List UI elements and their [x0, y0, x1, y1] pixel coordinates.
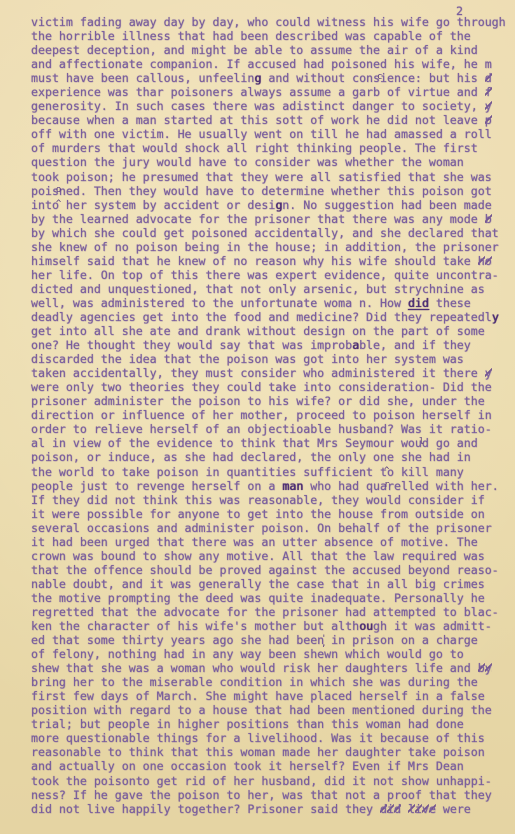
typewritten-text: it were possible for anyone to get into …: [31, 507, 485, 521]
typewritten-text: first few days of March. She might have …: [31, 689, 485, 703]
text-line: prisoner administer the poison to his wi…: [31, 394, 511, 408]
typewritten-text: pois: [31, 184, 59, 198]
typewritten-text: ness? If he gave the poison to her, was …: [31, 788, 492, 802]
typewritten-text: ken the character of his wife's mother b…: [31, 619, 324, 633]
text-line: first few days of March. She might have …: [31, 689, 511, 703]
text-line: poisoned. Then they would have to determ…: [31, 184, 511, 198]
text-line: by the learned advocate for the prisoner…: [31, 212, 511, 226]
struck-out-text: by: [478, 661, 492, 675]
typewritten-text: discarded the idea that the poison was g…: [31, 352, 464, 366]
typewritten-text: who had qua: [303, 479, 387, 493]
typewritten-text: regretted that the advocate for the pris…: [31, 605, 499, 619]
typewritten-text: gh it was admitt-: [373, 619, 492, 633]
text-line: well, was administered to the unfortunat…: [31, 296, 511, 310]
typewritten-text: o kill many: [387, 465, 464, 479]
typewritten-text: crown was bound to show any motive. All …: [31, 549, 485, 563]
text-line: experience was thar poisoners always ass…: [31, 85, 511, 99]
typewritten-text: were: [436, 802, 471, 816]
text-line: himself said that he knew of no reason w…: [31, 254, 511, 268]
typewritten-text: himself said that he knew of no reason w…: [31, 254, 478, 268]
text-line: it had been urged that there was an utte…: [31, 535, 511, 549]
typewritten-text: If they did not think this was reasonabl…: [31, 493, 485, 507]
struck-out-text: y: [485, 366, 492, 380]
typewritten-text: several occasions and administer poison.…: [31, 521, 492, 535]
text-line: more questionable things for a livelihoo…: [31, 731, 511, 745]
text-line: get into all she ate and drank without d…: [31, 324, 511, 338]
text-line: of murders that would shock all right th…: [31, 141, 511, 155]
typewritten-text: well, was administered to the unfortunat…: [31, 296, 408, 310]
typewritten-text: generosity. In such cases there was adis…: [31, 99, 485, 113]
struck-out-text: did: [380, 802, 401, 816]
text-line: her life. On top of this there was exper…: [31, 268, 511, 282]
typewritten-text: did not live happily together? Prisoner …: [31, 802, 380, 816]
text-line: did not live happily together? Prisoner …: [31, 802, 511, 816]
text-line: bring her to the miserable condition in …: [31, 675, 511, 689]
text-line: If they did not think this was reasonabl…: [31, 493, 511, 507]
text-line: and affectionate companion. If accused h…: [31, 57, 511, 71]
text-line: were only two theories they could take i…: [31, 380, 511, 394]
typewritten-text: of murders that would shock all right th…: [31, 141, 478, 155]
text-line: discarded the idea that the poison was g…: [31, 352, 511, 366]
typewritten-text: she knew of no poison being in the house…: [31, 240, 499, 254]
typewritten-text: in prison on a charge: [324, 633, 478, 647]
typewritten-text: direction or influence of her mother, pr…: [31, 408, 492, 422]
text-line: took poison; he presumed that they were …: [31, 170, 511, 184]
typewritten-text: ed that some thirty years ago she had be…: [31, 633, 324, 647]
typewritten-text: reasonable to think that this woman made…: [31, 745, 485, 759]
overstruck-text: y: [492, 310, 499, 324]
text-line: deadly agencies get into the food and me…: [31, 310, 511, 324]
overstruck-text: ou: [359, 619, 373, 633]
typewritten-text: deepest deception, and might be able to …: [31, 43, 478, 57]
typewritten-text: shew that she was a woman who would risk…: [31, 661, 478, 675]
typewritten-text: by the learned advocate for the prisoner…: [31, 212, 485, 226]
overstruck-text: did: [408, 296, 429, 310]
text-line: and actually on one occasion took it her…: [31, 759, 511, 773]
struck-out-text: live: [408, 802, 436, 816]
text-line: the horrible illness that had been descr…: [31, 29, 511, 43]
text-line: the world to take poison in quantities s…: [31, 465, 511, 479]
text-line: several occasions and administer poison.…: [31, 521, 511, 535]
text-line: ness? If he gave the poison to her, was …: [31, 788, 511, 802]
struck-out-text: b: [485, 212, 492, 226]
text-line: generosity. In such cases there was adis…: [31, 99, 511, 113]
typewritten-text: poison, or induce, as she had declared, …: [31, 450, 471, 464]
document-page: 2 victim fading away day by day, who cou…: [0, 0, 515, 834]
typewritten-text: question the jury would have to consider…: [31, 155, 464, 169]
typewritten-text: off with one victim. He usually went on …: [31, 127, 492, 141]
typewritten-text: get into all she ate and drank without d…: [31, 324, 485, 338]
text-line: shew that she was a woman who would risk…: [31, 661, 511, 675]
text-line: the motive prompting the deed was quite …: [31, 591, 511, 605]
text-line: took the poisonto get rid of her husband…: [31, 774, 511, 788]
text-line: al in view of the evidence to think that…: [31, 436, 511, 450]
typewritten-text: [401, 802, 408, 816]
struck-out-text: y: [485, 99, 492, 113]
typewritten-text: of felony, nothing had in any way been s…: [31, 647, 464, 661]
typewritten-text: taken accidentally, they must consider w…: [31, 366, 485, 380]
text-line: of felony, nothing had in any way been s…: [31, 647, 511, 661]
typewritten-text: people just to revenge herself on a: [31, 479, 282, 493]
text-line: reasonable to think that this woman made…: [31, 745, 511, 759]
text-line: crown was bound to show any motive. All …: [31, 549, 511, 563]
typewritten-text: victim fading away day by day, who could…: [31, 15, 506, 29]
text-line: order to relieve herself of an objectioa…: [31, 422, 511, 436]
typewritten-text: al in view of the evidence to think that…: [31, 436, 422, 450]
text-line: it were possible for anyone to get into …: [31, 507, 511, 521]
typewritten-text: trial; but people in higher positions th…: [31, 717, 464, 731]
typewritten-text: it had been urged that there was an utte…: [31, 535, 478, 549]
typewritten-text: ience: but his: [380, 71, 485, 85]
typewritten-text: bring her to the miserable condition in …: [31, 675, 478, 689]
struck-out-text: f: [485, 85, 492, 99]
typewritten-text: relled with her.: [387, 479, 499, 493]
typewritten-text: dicted and unquestioned, that not only a…: [31, 282, 485, 296]
text-line: position with regard to a house that had…: [31, 703, 511, 717]
struck-out-text: p: [485, 113, 492, 127]
text-line: ken the character of his wife's mother b…: [31, 619, 511, 633]
typewritten-text: n. No suggestion had been made: [282, 198, 491, 212]
text-line: people just to revenge herself on a man …: [31, 479, 511, 493]
text-line: trial; but people in higher positions th…: [31, 717, 511, 731]
overstruck-text: man: [282, 479, 303, 493]
typewritten-text: deadly agencies get into the food and me…: [31, 310, 492, 324]
typewritten-text: d go and: [422, 436, 478, 450]
typewritten-text: because when a man started at this sott …: [31, 113, 485, 127]
text-line: because when a man started at this sott …: [31, 113, 511, 127]
text-line: deepest deception, and might be able to …: [31, 43, 511, 57]
typewritten-text: the world to take poison in quantities s…: [31, 465, 387, 479]
typewritten-text: position with regard to a house that had…: [31, 703, 492, 717]
typewritten-text: must have been callous, unfeelin: [31, 71, 254, 85]
typewritten-text: these: [429, 296, 471, 310]
typewritten-text: the motive prompting the deed was quite …: [31, 591, 485, 605]
text-line: that the offence should be proved agains…: [31, 563, 511, 577]
text-line: victim fading away day by day, who could…: [31, 15, 511, 29]
typewritten-text: into: [31, 198, 59, 212]
typewritten-text: were only two theories they could take i…: [31, 380, 492, 394]
typewritten-text: that the offence should be proved agains…: [31, 563, 499, 577]
text-line: ed that some thirty years ago she had be…: [31, 633, 511, 647]
typewritten-text: ble, and if they: [359, 338, 471, 352]
typewritten-text: her life. On top of this there was exper…: [31, 268, 499, 282]
typewritten-text: and actually on one occasion took it her…: [31, 759, 464, 773]
text-line: off with one victim. He usually went on …: [31, 127, 511, 141]
typewritten-text: and without cons: [261, 71, 380, 85]
typewritten-text: by which she could get poisoned accident…: [31, 226, 499, 240]
typewritten-text: more questionable things for a livelihoo…: [31, 731, 485, 745]
struck-out-text: d: [485, 71, 492, 85]
text-line: dicted and unquestioned, that not only a…: [31, 282, 511, 296]
text-line: regretted that the advocate for the pris…: [31, 605, 511, 619]
typewritten-text: her system by accident or desi: [59, 198, 275, 212]
typewritten-text: one? He thought they would say that was …: [31, 338, 352, 352]
text-line: direction or influence of her mother, pr…: [31, 408, 511, 422]
text-line: nable doubt, and it was generally the ca…: [31, 577, 511, 591]
typewritten-text: prisoner administer the poison to his wi…: [31, 394, 485, 408]
typewritten-text: nable doubt, and it was generally the ca…: [31, 577, 485, 591]
text-line: poison, or induce, as she had declared, …: [31, 450, 511, 464]
typewritten-text: took the poisonto get rid of her husband…: [31, 774, 492, 788]
text-line: question the jury would have to consider…: [31, 155, 511, 169]
text-line: one? He thought they would say that was …: [31, 338, 511, 352]
typewritten-text: the horrible illness that had been descr…: [31, 29, 471, 43]
text-line: into^ her system by accident or design. …: [31, 198, 511, 212]
text-line: taken accidentally, they must consider w…: [31, 366, 511, 380]
typewritten-text: and affectionate companion. If accused h…: [31, 57, 492, 71]
typewritten-text: experience was thar poisoners always ass…: [31, 85, 485, 99]
document-body: victim fading away day by day, who could…: [31, 15, 511, 816]
typewritten-text: took poison; he presumed that they were …: [31, 170, 492, 184]
typewritten-text: alth: [324, 619, 359, 633]
text-line: by which she could get poisoned accident…: [31, 226, 511, 240]
text-line: she knew of no poison being in the house…: [31, 240, 511, 254]
typewritten-text: ned. Then they would have to determine w…: [59, 184, 492, 198]
typewritten-text: order to relieve herself of an objectioa…: [31, 422, 492, 436]
text-line: must have been callous, unfeeling and wi…: [31, 71, 511, 85]
struck-out-text: ho: [478, 254, 492, 268]
